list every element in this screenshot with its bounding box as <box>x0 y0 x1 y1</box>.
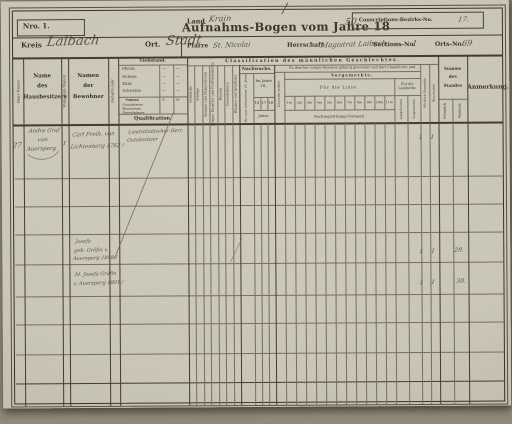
entry-ticks: 1 1 <box>419 278 439 288</box>
steuer-row: Erwerbsteuer <box>122 110 144 114</box>
viehstand-dash: — <box>162 67 166 72</box>
revision-side: Zuwachs seither <box>278 81 281 108</box>
viehstand-row: Schweine <box>122 89 141 94</box>
viehstand-title: Viehstand. <box>118 58 187 64</box>
pfarre-label: Pfarre <box>187 42 208 50</box>
landwehr-col-b: Vorgemerkte <box>412 99 415 119</box>
age-class-col: 8te <box>354 100 364 104</box>
paper-sheet: Nro. 1. Land Krain Aufnahms-Bogen vom Ja… <box>1 0 511 409</box>
nachwuchs-side: Bis zum vollendeten 14. Jahre <box>245 74 248 122</box>
age-class-col: 11te <box>384 100 394 104</box>
col-haus-numer: Haus-Numer <box>17 80 21 103</box>
entry-note: 29. <box>454 246 465 255</box>
beurlaubte-col: Beurlaubte <box>432 84 435 102</box>
conscription-box: Conscriptions-Bezirks-No. 17. <box>352 12 484 30</box>
revision-line3: Für die Linie. <box>284 84 394 90</box>
steuer-unit-fl: fl. <box>162 98 165 102</box>
nachwuchs-year: 18 <box>253 101 260 106</box>
entry-ticks: 1 1 <box>419 247 439 257</box>
class-col: Häusler und Inwohner <box>234 75 238 114</box>
age-class-col: 4te <box>314 101 324 105</box>
landwehr-title: Für die Landwehr. <box>394 82 420 91</box>
class-col: Beamte und Honoratioren <box>204 72 208 117</box>
orts-label: Orts-No. <box>435 41 464 49</box>
viehstand-dash: — <box>176 66 180 71</box>
viehstand-row: Kühe <box>122 82 132 87</box>
viehstand-dash: — <box>176 81 180 86</box>
anmerkung-title: Anmerkung. <box>467 83 502 91</box>
class-col: Gewerbsleute <box>227 82 231 106</box>
age-class-col: 3te <box>304 101 314 105</box>
entry-resident: M. Josefa Gräfin v. Auersperg 1801 / <box>73 269 156 289</box>
class-col: Bürger, Künstler und Professionisten <box>211 62 215 126</box>
sheet-number: Nro. 1. <box>23 22 50 31</box>
age-class-col: 9te <box>364 100 374 104</box>
revision-line1: Zu dem bei voriger Revision gehörig gewe… <box>284 65 420 70</box>
nachwuchs-year: 17 <box>260 101 267 106</box>
entry-resident: Josefa geb. Gräfin v. Auersperg 1808 / <box>72 236 156 264</box>
class-col: Geistliche <box>189 86 193 103</box>
kreis-label: Kreis <box>21 41 42 50</box>
age-class-col: 1te <box>284 101 294 105</box>
col-geburtsjahr: Geburts-Jahr <box>111 79 115 102</box>
nachwuchs-year: 16 <box>267 101 274 106</box>
entry-note: 30. <box>456 277 467 286</box>
age-class-col: 7te <box>344 100 354 104</box>
revision-bottom: Nachregistrirungs-Vormerk. <box>284 114 394 119</box>
age-class-col: 6te <box>334 100 344 104</box>
entry-ticks: 1 1 <box>418 133 438 143</box>
age-class-col: 2te <box>294 101 304 105</box>
ort-label: Ort. <box>145 41 161 50</box>
class-col: Adelige <box>197 88 200 101</box>
age-class-col: 5te <box>324 101 334 105</box>
summe-title: Summe des Standes <box>438 65 467 90</box>
age-class-col: 10te <box>374 100 384 104</box>
entry-qualification: Landständischer Herr, Gutsbesitzer <box>126 128 190 145</box>
revision-line2: Vorgemerkte. <box>284 72 420 78</box>
dienende-col: Wirklich Dienende <box>423 78 426 108</box>
sections-label: Sections-No. <box>373 41 416 49</box>
entry-haus-no: 27 <box>12 140 22 151</box>
col-owner: Name des Hausbesitzers <box>23 71 61 103</box>
summe-male: Männlich <box>444 102 448 118</box>
col-wohnung-numer: Wohnungs-Numer <box>63 75 67 108</box>
qualification-label: Qualification. <box>118 115 187 122</box>
viehstand-dash: — <box>162 75 166 80</box>
conscription-value: 17. <box>457 15 470 26</box>
summe-female: Weiblich <box>458 103 461 118</box>
orts-value: 69 <box>461 38 473 50</box>
pfarre-value: St. Nicolai <box>212 40 251 52</box>
viehstand-dash: — <box>162 82 166 87</box>
conscription-label: Conscriptions-Bezirks-No. <box>359 17 433 24</box>
viehstand-dash: — <box>176 74 180 79</box>
herrschaft-label: Herrschaft <box>287 42 323 50</box>
col-residents: Namen der Bewohner <box>68 71 108 103</box>
class-col: Bauern <box>219 88 222 101</box>
steuer-row: Summa <box>125 98 138 102</box>
viehstand-dash: — <box>176 88 180 93</box>
landwehr-col-a: Ausgehobene <box>399 98 402 119</box>
nachwuchs-title: Nachwuchs. <box>239 66 274 72</box>
entry-owner: Andre Graf von Auersperg <box>23 127 63 155</box>
nachwuchs-unit: Jahre. <box>253 114 274 119</box>
scanned-census-form: { "header": { "nro": "Nro. 1.", "land_la… <box>0 0 512 424</box>
kreis-value: Laibach <box>45 31 100 52</box>
table-grid <box>1 0 509 2</box>
viehstand-dash: — <box>162 89 166 94</box>
viehstand-row: Pferde <box>122 67 135 72</box>
nachwuchs-imjahre: Im Jahre 18.. <box>253 79 274 89</box>
steuer-unit-kr: kr. <box>176 97 180 101</box>
viehstand-row: Ochsen <box>122 75 136 80</box>
